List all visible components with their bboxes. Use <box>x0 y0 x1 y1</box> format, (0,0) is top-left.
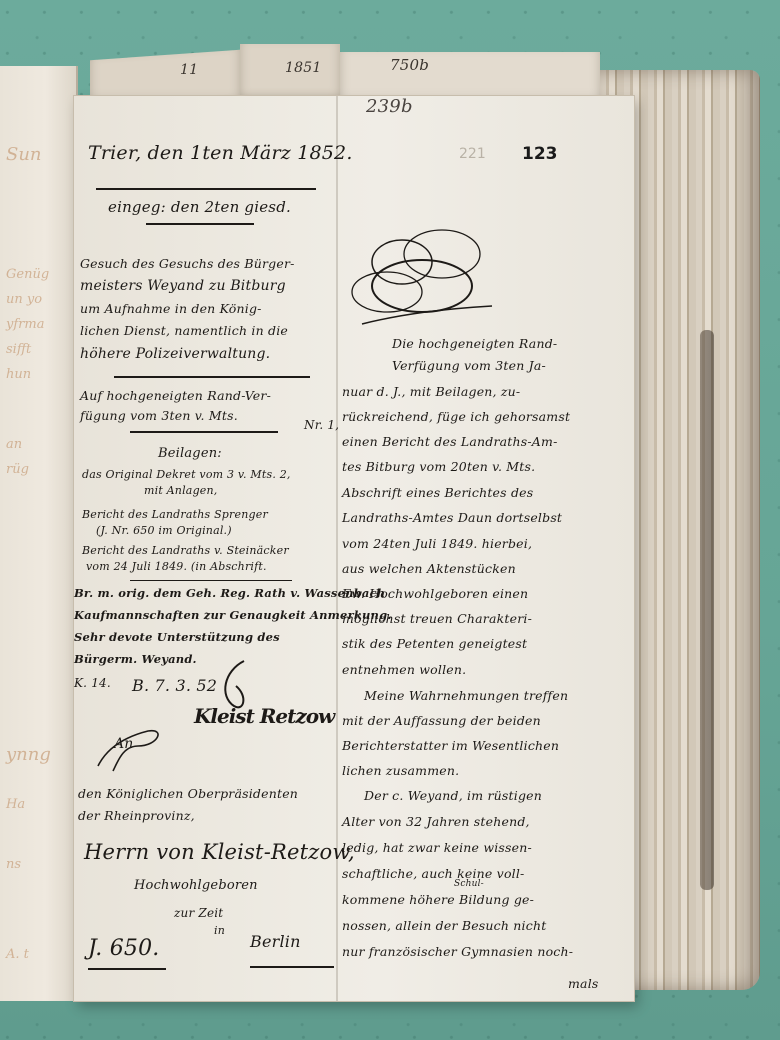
subject-line: um Aufnahme in den König- <box>80 301 262 316</box>
body-line: Der c. Weyand, im rüstigen <box>364 788 542 803</box>
catchword: mals <box>568 976 599 991</box>
left-page-faint-text: Ha <box>6 796 25 814</box>
body-line: aus welchen Aktenstücken <box>342 561 516 576</box>
left-facing-page: Sun Genüg un yo yfrma sifft hun an rüg y… <box>0 66 78 1001</box>
location-line: in <box>214 924 225 937</box>
body-line: möglichst treuen Charakteri- <box>342 611 532 626</box>
tab-number: 1851 <box>285 60 321 76</box>
enclosure-line: das Original Dekret vom 3 v. Mts. 2, <box>82 468 291 481</box>
document-page: 239b 221 123 Trier, den 1ten März 1852. … <box>74 96 634 1001</box>
body-line: schaftliche, auch keine voll- <box>342 866 525 881</box>
enclosure-line: Bericht des Landraths Sprenger <box>82 508 268 521</box>
reference-line: Auf hochgeneigten Rand-Ver- <box>80 388 271 403</box>
left-page-faint-text: sifft <box>6 341 31 359</box>
body-line: rückreichend, füge ich gehorsamst <box>342 409 570 424</box>
honorific: Hochwohlgeboren <box>134 878 258 893</box>
body-line: nur französischer Gymnasien noch- <box>342 944 573 959</box>
addressee-line: den Königlichen Oberpräsidenten <box>78 786 298 801</box>
received-rule <box>146 223 254 225</box>
annotation-date: B. 7. 3. 52 <box>132 676 217 695</box>
body-line: nossen, allein der Besuch nicht <box>342 918 546 933</box>
left-page-faint-text: ynng <box>6 746 51 764</box>
annotation-ref: K. 14. <box>74 676 111 690</box>
faint-page-number: 221 <box>459 146 486 162</box>
body-line: Berichterstatter im Wesentlichen <box>342 738 559 753</box>
body-line: ledig, hat zwar keine wissen- <box>342 840 532 855</box>
body-line: Abschrift eines Berichtes des <box>342 485 533 500</box>
body-line: entnehmen wollen. <box>342 662 466 677</box>
left-page-faint-text: Sun <box>6 146 42 164</box>
enclosure-line: (J. Nr. 650 im Original.) <box>96 524 232 537</box>
annotation-line: Br. m. orig. dem Geh. Reg. Rath v. Wasse… <box>74 586 385 600</box>
addressee-line: der Rheinprovinz, <box>78 808 195 823</box>
page-stack-shadow <box>700 330 714 890</box>
left-page-faint-text: yfrma <box>6 316 44 334</box>
margin-note: Nr. 1, <box>304 418 339 432</box>
insertion-above: Schul- <box>454 879 484 889</box>
annotation-line: Sehr devote Unterstützung des <box>74 630 280 644</box>
address-an: An <box>114 736 134 752</box>
body-line: einen Bericht des Landraths-Am- <box>342 434 558 449</box>
subject-line: Gesuch des Gesuchs des Bürger- <box>80 256 295 271</box>
enclosure-line: Bericht des Landraths v. Steinäcker <box>82 544 289 557</box>
left-page-faint-text: an <box>6 436 22 454</box>
left-page-faint-text: Genüg <box>6 266 49 284</box>
body-line: Alter von 32 Jahren stehend, <box>342 814 530 829</box>
city-rule <box>250 966 334 968</box>
body-line: lichen zusammen. <box>342 763 459 778</box>
left-page-faint-text: rüg <box>6 461 29 479</box>
body-line: Die hochgeneigten Rand- <box>392 336 557 351</box>
subject-line: lichen Dienst, namentlich in die <box>80 323 288 338</box>
enclosure-line: mit Anlagen, <box>144 484 218 497</box>
enclosure-line: vom 24 Juli 1849. (in Abschrift. <box>86 560 267 573</box>
journal-number: J. 650. <box>88 936 159 961</box>
body-line: kommene höhere Bildung ge- <box>342 892 534 907</box>
body-line: stik des Petenten geneigtest <box>342 636 527 651</box>
city: Berlin <box>250 932 301 951</box>
annotation-line: Bürgerm. Weyand. <box>74 652 197 666</box>
left-page-faint-text: un yo <box>6 291 42 309</box>
header-rule <box>96 188 316 190</box>
body-line: nuar d. J., mit Beilagen, zu- <box>342 384 520 399</box>
column-fold <box>336 96 338 1001</box>
reference-rule <box>130 431 278 433</box>
monogram-flourish-icon <box>342 224 512 334</box>
body-line: Meine Wahrnehmungen treffen <box>364 688 568 703</box>
location-line: zur Zeit <box>174 906 223 920</box>
body-line: Verfügung vom 3ten Ja- <box>392 358 546 373</box>
body-line: vom 24ten Juli 1849. hierbei, <box>342 536 532 551</box>
left-page-faint-text: hun <box>6 366 31 384</box>
received-note: eingeg: den 2ten giesd. <box>108 198 291 216</box>
subject-line: höhere Polizeiverwaltung. <box>80 346 270 362</box>
addressee-name: Herrn von Kleist-Retzow, <box>84 840 355 864</box>
left-page-faint-text: ns <box>6 856 21 874</box>
enclosures-rule <box>130 580 292 581</box>
page-number: 123 <box>522 144 558 164</box>
enclosures-title: Beilagen: <box>158 446 222 461</box>
subject-rule <box>114 376 310 378</box>
journal-rule <box>88 968 166 970</box>
folio-pencil-number: 239b <box>366 96 413 117</box>
place-date-line: Trier, den 1ten März 1852. <box>88 142 353 164</box>
body-line: Landraths-Amtes Daun dortselbst <box>342 510 562 525</box>
body-line: tes Bitburg vom 20ten v. Mts. <box>342 459 535 474</box>
left-page-faint-text: A. t <box>6 946 29 964</box>
subject-line: meisters Weyand zu Bitburg <box>80 278 286 294</box>
tab-number: 750b <box>390 56 429 74</box>
body-line: mit der Auffassung der beiden <box>342 713 541 728</box>
body-line: Ew. Hochwohlgeboren einen <box>342 586 528 601</box>
tab-number: 11 <box>180 62 198 78</box>
signature: Kleist Retzow <box>194 704 334 728</box>
reference-line: fügung vom 3ten v. Mts. <box>80 408 238 423</box>
